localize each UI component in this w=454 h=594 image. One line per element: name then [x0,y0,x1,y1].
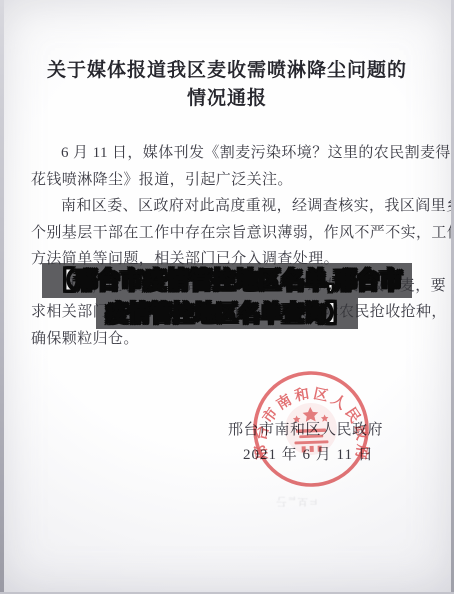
body-line: 6 月 11 日，媒体刊发《割麦污染环境？这里的农民割麦得 [31,140,441,167]
page-title-line-1: 关于媒体报道我区麦收需喷淋降尘问题的 [22,57,432,85]
watermark-row: 疫情管控地区名单查询】 [0,298,454,329]
page-title-line-2: 情况通报 [22,85,432,113]
body-line: 花钱喷淋降尘》报道，引起广泛关注。 [31,167,441,194]
body-line: 确保颗粒归仓。 [31,326,441,353]
watermark-line-1: 【邢台市疫情管控地区名单,邢台市 [42,263,411,298]
bleed-through-marks: 근ᆿ보ㅋ [276,494,346,510]
document-photo: 关于媒体报道我区麦收需喷淋降尘问题的 情况通报 6 月 11 日，媒体刊发《割麦… [0,0,454,594]
body-line: 南和区委、区政府对此高度重视，经调查核实，我区阎里乡 [31,193,441,220]
official-seal: 邢台市南和区人民政府 [247,365,375,493]
watermark-row: 【邢台市疫情管控地区名单,邢台市 [0,263,454,298]
watermark-line-2: 疫情管控地区名单查询】 [96,298,358,329]
page-title: 关于媒体报道我区麦收需喷淋降尘问题的 情况通报 [22,57,432,113]
body-line: 个别基层干部在工作中存在宗旨意识薄弱，作风不严不实，工作 [31,220,441,247]
seo-watermark-overlay: 【邢台市疫情管控地区名单,邢台市 疫情管控地区名单查询】 [0,263,454,329]
